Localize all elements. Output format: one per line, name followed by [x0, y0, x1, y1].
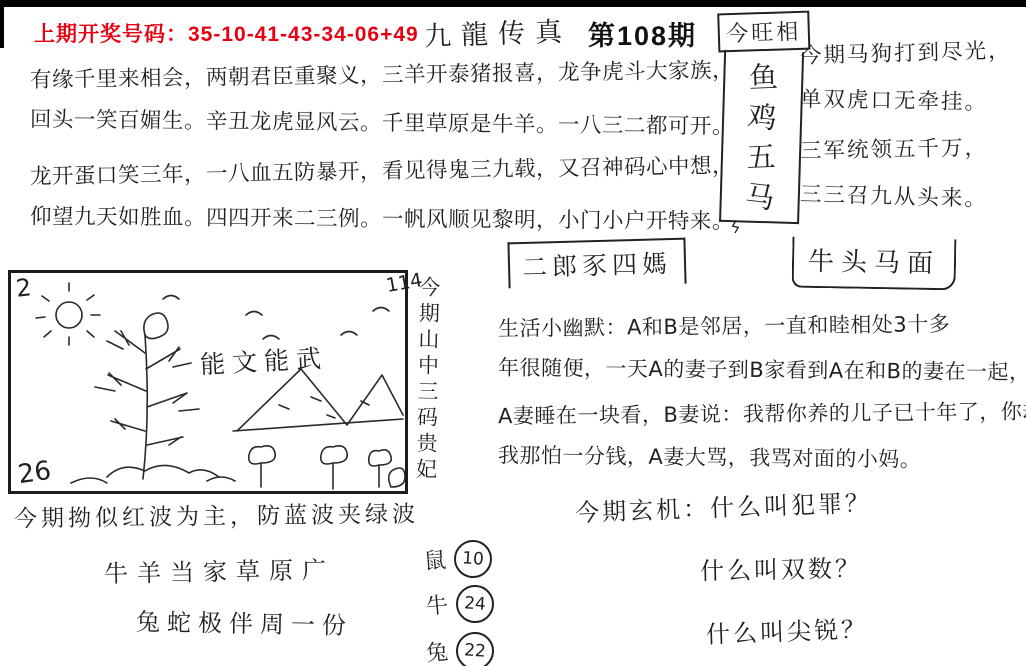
verse-line: 有缘千里来相会，两朝君臣重聚义，三羊开泰猪报喜，龙争虎斗大家族， — [30, 53, 750, 94]
verse-line: 三军统领五千万， — [800, 130, 1026, 165]
verse-line: 单双虎口无牵挂。 — [800, 82, 1026, 117]
herd-hint-line: 牛羊当家草原广 — [104, 550, 336, 589]
hint-box-right: 牛头马面 — [792, 237, 957, 291]
main-verse-block: 有缘千里来相会，两朝君臣重聚义，三羊开泰猪报喜，龙争虎斗大家族， 回头一笑百媚生… — [30, 58, 750, 250]
trees-sketch — [249, 446, 405, 489]
zodiac-number-row: 鼠 10 — [424, 540, 492, 578]
mystery-question: 什么叫双数？ — [700, 549, 863, 587]
circled-number: 10 — [453, 539, 494, 580]
sun-sketch — [36, 283, 100, 345]
zodiac-animal: 兔 — [425, 635, 450, 666]
hint-box-left: 二郎豕四媽 — [507, 238, 686, 289]
rabbit-hint-line: 兔蛇极伴周一份 — [136, 602, 354, 641]
zodiac-animal: 牛 — [425, 588, 450, 621]
zodiac-number-row: 牛 24 — [426, 585, 494, 623]
verse-line: 三三召九从头来。 — [800, 177, 1026, 214]
right-verse-block: 今期马狗打到尽光， 单双虎口无牵挂。 三军统领五千万， 三三召九从头来。 — [800, 36, 1026, 228]
sketch-side-caption: 今期山中三码贵妃 — [410, 276, 444, 506]
joke-line: A妻睡在一块看，B妻说：我帮你养的儿子已十年了，你却不给 — [498, 396, 1026, 431]
scan-top-black-bar — [0, 0, 1026, 7]
sketch-corner-number-bottom-left: 26 — [16, 456, 53, 490]
hand-drawing — [11, 273, 405, 491]
sketch-inside-caption: 能文能武 — [199, 339, 329, 382]
scan-left-black-bar — [0, 0, 4, 48]
joke-line: 我那怕一分钱，A妻大骂，我骂对面的小妈。 — [498, 439, 1026, 475]
joke-paragraph: 生活小幽默：A和B是邻居，一直和睦相处3十多 年很随便，一天A的妻子到B家看到A… — [498, 310, 1026, 486]
circled-number: 22 — [455, 631, 496, 666]
circled-number: 24 — [455, 584, 496, 625]
verse-line: 仰望九天如胜血。四四开来二三例。一帆风顺见黎明，小门小户开特来。 — [30, 199, 750, 235]
mystery-question: 什么叫尖锐？ — [705, 609, 868, 650]
verse-line: 龙开蛋口笑三年，一八血五防暴开，看见得鬼三九载，又召神码心中想， — [30, 148, 750, 190]
cloud-sketch — [163, 296, 389, 340]
wave-hint-line: 今期拗似红波为主，防蓝波夹绿波 — [14, 496, 419, 534]
joke-line: 生活小幽默：A和B是邻居，一直和睦相处3十多 — [498, 307, 1026, 343]
hot-zodiac-box-title: 今旺相 — [717, 11, 810, 53]
last-draw-header: 上期开奖号码：35-10-41-43-34-06+49 — [34, 18, 419, 48]
last-draw-numbers: 35-10-41-43-34-06+49 — [188, 23, 419, 46]
verse-line: 回头一笑百媚生。辛丑龙虎显风云。千里草原是牛羊。一八三二都可开。 — [30, 102, 750, 141]
verse-line: 今期马狗打到尽光， — [800, 33, 1026, 70]
mystery-question: 今期玄机：什么叫犯罪？ — [574, 483, 872, 528]
joke-line: 年很随便，一天A的妻子到B家看到A在和B的妻在一起， — [498, 352, 1026, 387]
zodiac-number-row: 兔 22 — [426, 632, 494, 666]
lottery-tip-sheet-scan: 上期开奖号码：35-10-41-43-34-06+49 九龍传真 第108期 今… — [0, 0, 1026, 666]
zodiac-animal: 鼠 — [423, 543, 448, 576]
last-draw-label: 上期开奖号码： — [34, 23, 188, 46]
issue-number: 第108期 — [588, 14, 697, 53]
sketch-panel — [8, 270, 408, 494]
masthead-title: 九龍传真 — [423, 9, 572, 53]
sketch-corner-number-top-left: 2 — [15, 273, 33, 302]
plant-sketch — [71, 313, 235, 483]
